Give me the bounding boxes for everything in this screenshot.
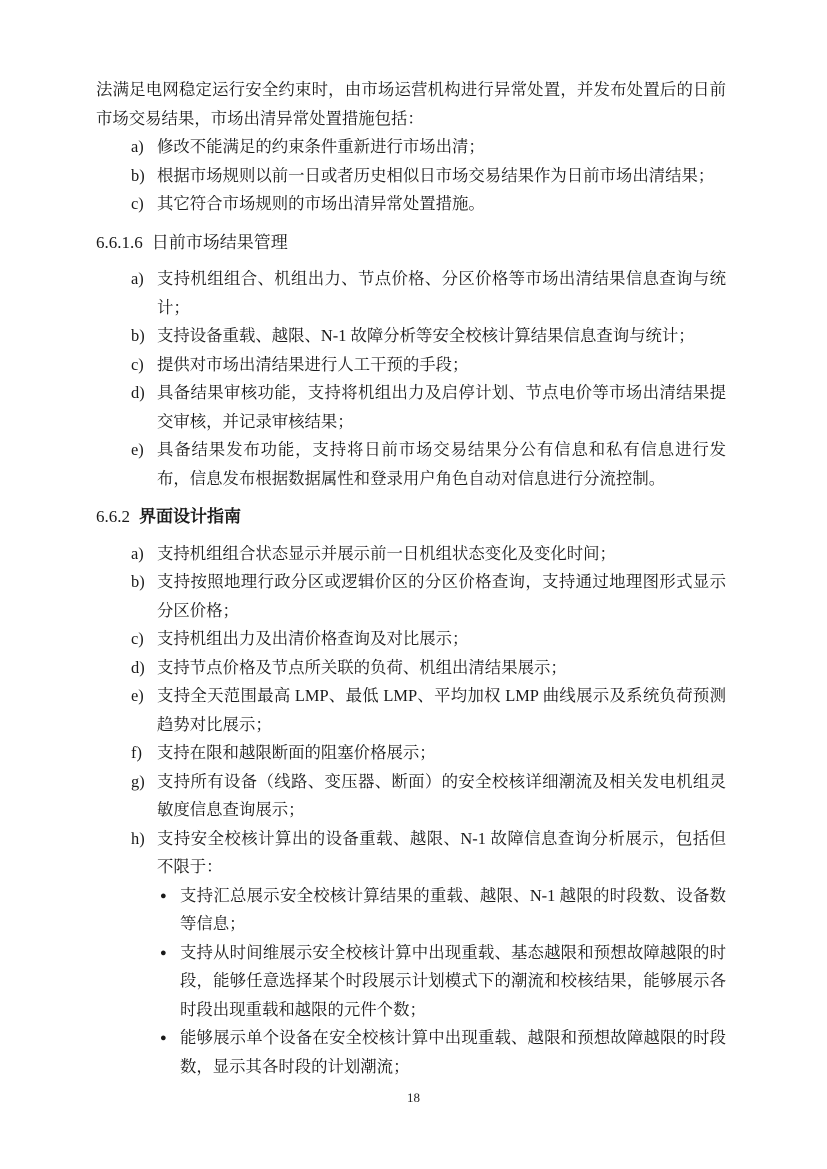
list-item: a) 修改不能满足的约束条件重新进行市场出清； (96, 133, 726, 162)
page-content: 法满足电网稳定运行安全约束时，由市场运营机构进行异常处置，并发布处置后的日前市场… (96, 76, 726, 1081)
list-item: h) 支持安全校核计算出的设备重载、越限、N-1 故障信息查询分析展示，包括但不… (96, 825, 726, 882)
list-item-label: c) (131, 625, 157, 654)
day-ahead-results-list: a) 支持机组组合、机组出力、节点价格、分区价格等市场出清结果信息查询与统计； … (96, 265, 726, 493)
list-item-text: 支持机组出力及出清价格查询及对比展示； (157, 625, 726, 654)
section-number: 6.6.1.6 (96, 233, 143, 252)
list-item-text: 支持安全校核计算出的设备重载、越限、N-1 故障信息查询分析展示，包括但不限于： (157, 825, 726, 882)
list-item-text: 提供对市场出清结果进行人工干预的手段； (157, 351, 726, 380)
list-item: d) 具备结果审核功能，支持将机组出力及启停计划、节点电价等市场出清结果提交审核… (96, 379, 726, 436)
list-item: b) 支持按照地理行政分区或逻辑价区的分区价格查询，支持通过地理图形式显示分区价… (96, 568, 726, 625)
list-item-label: d) (131, 379, 157, 408)
list-item-text: 支持所有设备（线路、变压器、断面）的安全校核详细潮流及相关发电机组灵敏度信息查询… (157, 768, 726, 825)
list-item-text: 具备结果审核功能，支持将机组出力及启停计划、节点电价等市场出清结果提交审核，并记… (157, 379, 726, 436)
list-item-text: 支持设备重载、越限、N-1 故障分析等安全校核计算结果信息查询与统计； (157, 322, 726, 351)
list-item: c) 支持机组出力及出清价格查询及对比展示； (96, 625, 726, 654)
list-item-label: a) (131, 540, 157, 569)
bullet-item: ● 支持从时间维展示安全校核计算中出现重载、基态越限和预想故障越限的时段，能够任… (96, 939, 726, 1025)
bullet-item-text: 支持从时间维展示安全校核计算中出现重载、基态越限和预想故障越限的时段，能够任意选… (180, 939, 726, 1025)
list-item: e) 支持全天范围最高 LMP、最低 LMP、平均加权 LMP 曲线展示及系统负… (96, 682, 726, 739)
bullet-icon: ● (160, 882, 180, 911)
list-item-text: 支持在限和越限断面的阻塞价格展示； (157, 739, 726, 768)
list-item-label: e) (131, 682, 157, 711)
bullet-icon: ● (160, 1024, 180, 1053)
list-item-label: c) (131, 351, 157, 380)
list-item-text: 支持全天范围最高 LMP、最低 LMP、平均加权 LMP 曲线展示及系统负荷预测… (157, 682, 726, 739)
section-heading-6.6.2: 6.6.2界面设计指南 (96, 503, 726, 532)
list-item-text: 支持按照地理行政分区或逻辑价区的分区价格查询，支持通过地理图形式显示分区价格； (157, 568, 726, 625)
list-item-label: a) (131, 265, 157, 294)
list-item: a) 支持机组组合状态显示并展示前一日机组状态变化及变化时间； (96, 540, 726, 569)
bullet-item-text: 能够展示单个设备在安全校核计算中出现重载、越限和预想故障越限的时段数，显示其各时… (180, 1024, 726, 1081)
bullet-item-text: 支持汇总展示安全校核计算结果的重载、越限、N-1 越限的时段数、设备数等信息； (180, 882, 726, 939)
list-item: c) 提供对市场出清结果进行人工干预的手段； (96, 351, 726, 380)
list-item-text: 支持节点价格及节点所关联的负荷、机组出清结果展示； (157, 654, 726, 683)
list-item-label: b) (131, 322, 157, 351)
bullet-icon: ● (160, 939, 180, 968)
list-item-label: d) (131, 654, 157, 683)
document-page: 法满足电网稳定运行安全约束时，由市场运营机构进行异常处置，并发布处置后的日前市场… (0, 0, 827, 1169)
section-title: 界面设计指南 (139, 507, 241, 526)
list-item: c) 其它符合市场规则的市场出清异常处置措施。 (96, 190, 726, 219)
list-item: b) 支持设备重载、越限、N-1 故障分析等安全校核计算结果信息查询与统计； (96, 322, 726, 351)
bullet-item: ● 支持汇总展示安全校核计算结果的重载、越限、N-1 越限的时段数、设备数等信息… (96, 882, 726, 939)
list-item-label: f) (131, 739, 157, 768)
list-item-label: b) (131, 162, 157, 191)
section-title: 日前市场结果管理 (152, 233, 288, 252)
list-item-text: 支持机组组合、机组出力、节点价格、分区价格等市场出清结果信息查询与统计； (157, 265, 726, 322)
list-item-text: 具备结果发布功能，支持将日前市场交易结果分公有信息和私有信息进行发布，信息发布根… (157, 436, 726, 493)
list-item-label: g) (131, 768, 157, 797)
list-item: g) 支持所有设备（线路、变压器、断面）的安全校核详细潮流及相关发电机组灵敏度信… (96, 768, 726, 825)
ui-design-guide-list: a) 支持机组组合状态显示并展示前一日机组状态变化及变化时间； b) 支持按照地… (96, 540, 726, 882)
list-item-text: 根据市场规则以前一日或者历史相似日市场交易结果作为日前市场出清结果； (157, 162, 726, 191)
list-item-label: h) (131, 825, 157, 854)
intro-paragraph: 法满足电网稳定运行安全约束时，由市场运营机构进行异常处置，并发布处置后的日前市场… (96, 76, 726, 133)
section-heading-6.6.1.6: 6.6.1.6日前市场结果管理 (96, 229, 726, 258)
page-number: 18 (0, 1084, 827, 1113)
list-item-text: 修改不能满足的约束条件重新进行市场出清； (157, 133, 726, 162)
list-item-text: 其它符合市场规则的市场出清异常处置措施。 (157, 190, 726, 219)
abnormal-handling-list: a) 修改不能满足的约束条件重新进行市场出清； b) 根据市场规则以前一日或者历… (96, 133, 726, 219)
list-item-label: a) (131, 133, 157, 162)
list-item-text: 支持机组组合状态显示并展示前一日机组状态变化及变化时间； (157, 540, 726, 569)
list-item: d) 支持节点价格及节点所关联的负荷、机组出清结果展示； (96, 654, 726, 683)
section-number: 6.6.2 (96, 507, 130, 526)
bullet-item: ● 能够展示单个设备在安全校核计算中出现重载、越限和预想故障越限的时段数，显示其… (96, 1024, 726, 1081)
list-item-label: e) (131, 436, 157, 465)
security-check-bullet-list: ● 支持汇总展示安全校核计算结果的重载、越限、N-1 越限的时段数、设备数等信息… (96, 882, 726, 1082)
list-item: f) 支持在限和越限断面的阻塞价格展示； (96, 739, 726, 768)
list-item-label: c) (131, 190, 157, 219)
list-item-label: b) (131, 568, 157, 597)
list-item: b) 根据市场规则以前一日或者历史相似日市场交易结果作为日前市场出清结果； (96, 162, 726, 191)
list-item: a) 支持机组组合、机组出力、节点价格、分区价格等市场出清结果信息查询与统计； (96, 265, 726, 322)
list-item: e) 具备结果发布功能，支持将日前市场交易结果分公有信息和私有信息进行发布，信息… (96, 436, 726, 493)
